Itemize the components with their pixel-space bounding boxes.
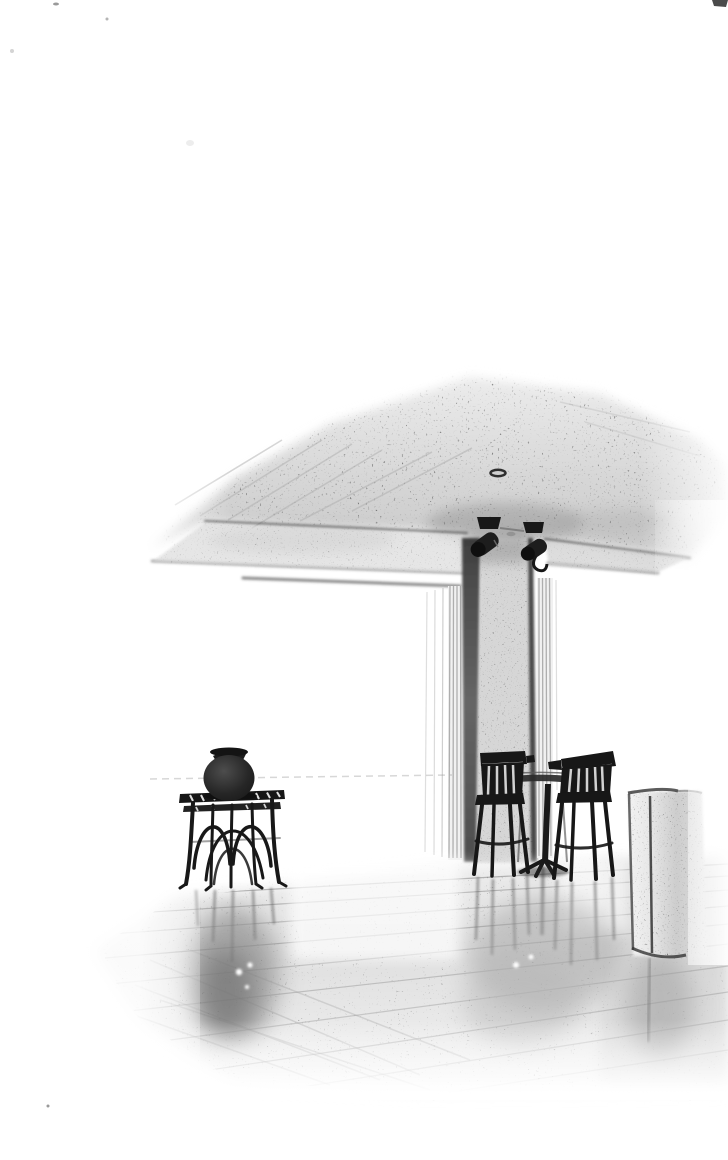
cornice-right-fade — [655, 500, 728, 600]
plant-stand — [179, 748, 286, 891]
window-light-band-left — [290, 860, 460, 960]
floor — [0, 856, 728, 1115]
corner-pillar — [425, 533, 557, 863]
floor-left-fade — [60, 880, 200, 1100]
horizon-line — [150, 775, 452, 779]
spotlight-hook — [533, 556, 547, 571]
recessed-downlight — [491, 470, 506, 476]
sketch-page — [0, 0, 728, 1160]
track-dot — [507, 532, 516, 536]
left-window-frame — [425, 586, 462, 860]
pillar-core — [476, 540, 534, 863]
interior-sketch — [0, 0, 728, 1160]
counter-pedestal — [628, 785, 728, 965]
